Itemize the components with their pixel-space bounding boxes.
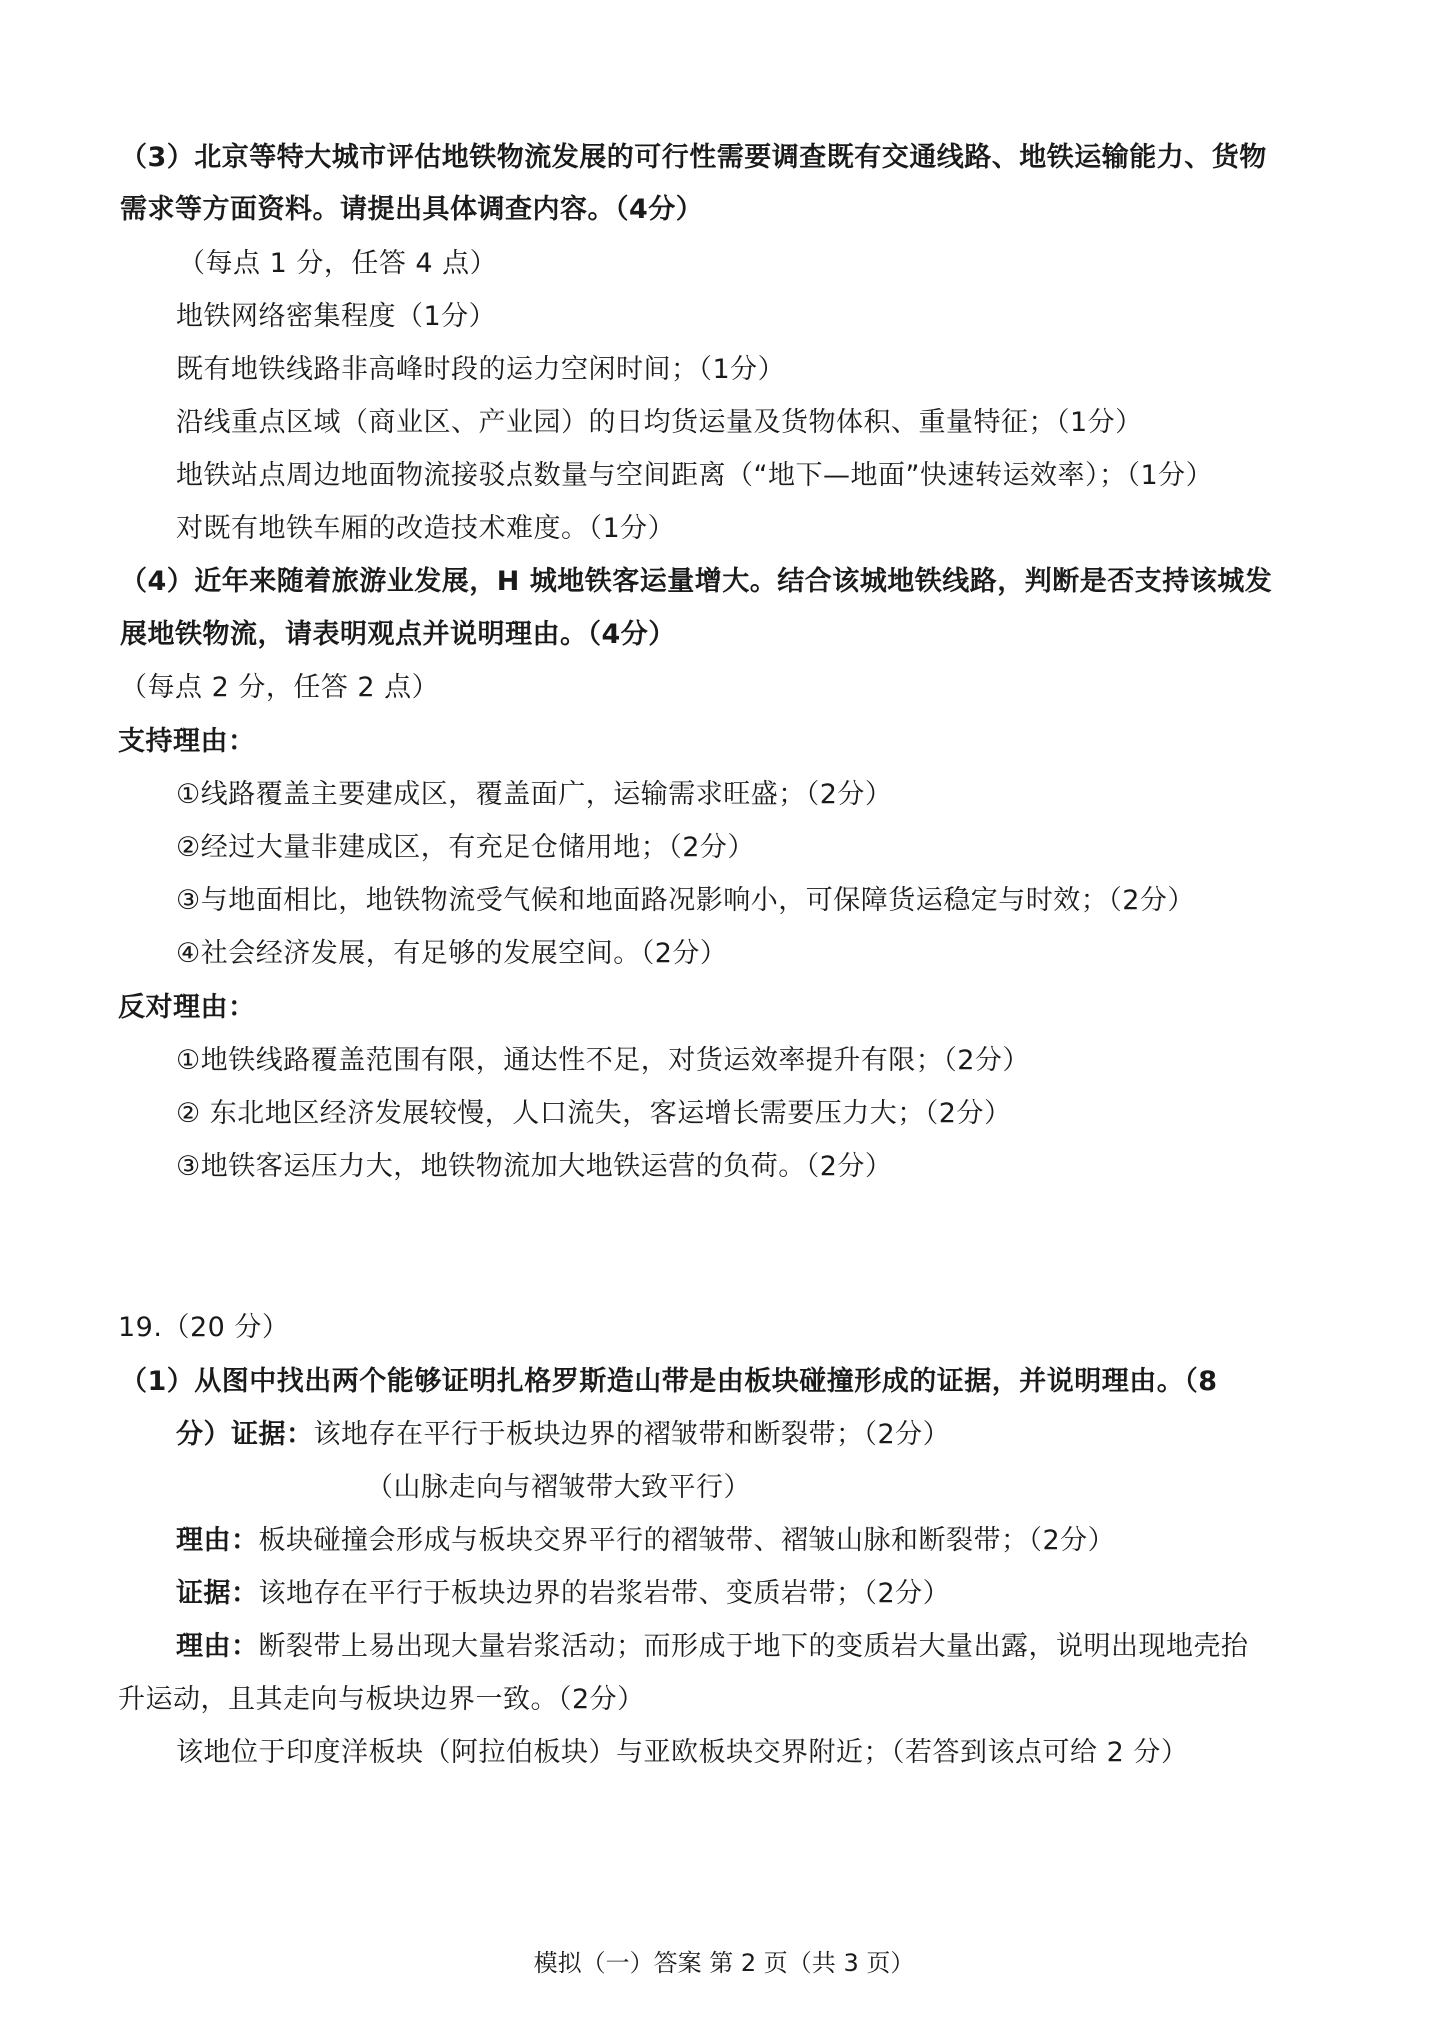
q19-1-evidence-1: 分）证据：该地存在平行于板块边界的褶皱带和断裂带；（2分） <box>176 1415 950 1455</box>
q19-1-evidence-2: 证据：该地存在平行于板块边界的岩浆岩带、变质岩带；（2分） <box>176 1574 950 1614</box>
support-reason-4: ④社会经济发展，有足够的发展空间。（2分） <box>176 934 727 974</box>
q18-3-answer-3: 沿线重点区域（商业区、产业园）的日均货运量及货物体积、重量特征；（1分） <box>176 403 1143 443</box>
evidence-2-text: 该地存在平行于板块边界的岩浆岩带、变质岩带；（2分） <box>259 1578 951 1609</box>
q18-3-question-line2: 需求等方面资料。请提出具体调查内容。（4分） <box>120 190 703 230</box>
evidence-2-label: 证据： <box>176 1578 259 1609</box>
q19-1-reason-2-line2: 升运动，且其走向与板块边界一致。（2分） <box>118 1680 645 1720</box>
q19-1-question-line1: （1）从图中找出两个能够证明扎格罗斯造山带是由板块碰撞形成的证据，并说明理由。（… <box>120 1362 1218 1402</box>
q18-4-scoring-note: （每点 2 分，任答 2 点） <box>120 668 439 708</box>
q19-1-reason-1: 理由：板块碰撞会形成与板块交界平行的褶皱带、褶皱山脉和断裂带；（2分） <box>176 1521 1115 1561</box>
support-heading: 支持理由： <box>118 722 256 762</box>
reason-1-label: 理由： <box>176 1525 259 1556</box>
reason-2-label: 理由： <box>176 1631 259 1662</box>
reason-2-text: 断裂带上易出现大量岩浆活动；而形成于地下的变质岩大量出露，说明出现地壳抬 <box>259 1631 1249 1662</box>
q19-1-reason-2-line1: 理由：断裂带上易出现大量岩浆活动；而形成于地下的变质岩大量出露，说明出现地壳抬 <box>176 1627 1249 1667</box>
q18-3-answer-5: 对既有地铁车厢的改造技术难度。（1分） <box>176 509 675 549</box>
oppose-reason-1: ①地铁线路覆盖范围有限，通达性不足，对货运效率提升有限；（2分） <box>176 1041 1030 1081</box>
q18-3-answer-2: 既有地铁线路非高峰时段的运力空闲时间；（1分） <box>176 350 785 390</box>
q18-3-question-line1: （3）北京等特大城市评估地铁物流发展的可行性需要调查既有交通线路、地铁运输能力、… <box>120 138 1267 178</box>
reason-1-text: 板块碰撞会形成与板块交界平行的褶皱带、褶皱山脉和断裂带；（2分） <box>259 1525 1116 1556</box>
q18-3-scoring-note: （每点 1 分，任答 4 点） <box>178 244 497 284</box>
q18-4-question-line2: 展地铁物流，请表明观点并说明理由。（4分） <box>120 615 676 655</box>
oppose-heading: 反对理由： <box>118 988 256 1028</box>
evidence-1-text: 该地存在平行于板块边界的褶皱带和断裂带；（2分） <box>314 1419 951 1450</box>
q18-4-question-line1: （4）近年来随着旅游业发展，H 城地铁客运量增大。结合该城地铁线路，判断是否支持… <box>120 562 1272 602</box>
q19-1-extra-note: 该地位于印度洋板块（阿拉伯板块）与亚欧板块交界附近；（若答到该点可给 2 分） <box>176 1733 1188 1773</box>
oppose-reason-3: ③地铁客运压力大，地铁物流加大地铁运营的负荷。（2分） <box>176 1147 892 1187</box>
page-footer: 模拟（一）答案 第 2 页（共 3 页） <box>0 1946 1448 1980</box>
q18-3-answer-1: 地铁网络密集程度（1分） <box>176 297 496 337</box>
evidence-1-supplement: （山脉走向与褶皱带大致平行） <box>366 1468 751 1508</box>
oppose-reason-2: ② 东北地区经济发展较慢，人口流失，客运增长需要压力大；（2分） <box>176 1094 1011 1134</box>
q19-header: 19.（20 分） <box>118 1308 289 1348</box>
support-reason-2: ②经过大量非建成区，有充足仓储用地；（2分） <box>176 828 755 868</box>
support-reason-3: ③与地面相比，地铁物流受气候和地面路况影响小，可保障货运稳定与时效；（2分） <box>176 881 1195 921</box>
evidence-1-label: 分）证据： <box>176 1419 314 1450</box>
q19-1-question-text: （1）从图中找出两个能够证明扎格罗斯造山带是由板块碰撞形成的证据，并说明理由。（… <box>120 1366 1218 1397</box>
support-reason-1: ①线路覆盖主要建成区，覆盖面广，运输需求旺盛；（2分） <box>176 775 892 815</box>
q18-3-answer-4: 地铁站点周边地面物流接驳点数量与空间距离（“地下—地面”快速转运效率）；（1分） <box>176 456 1213 496</box>
